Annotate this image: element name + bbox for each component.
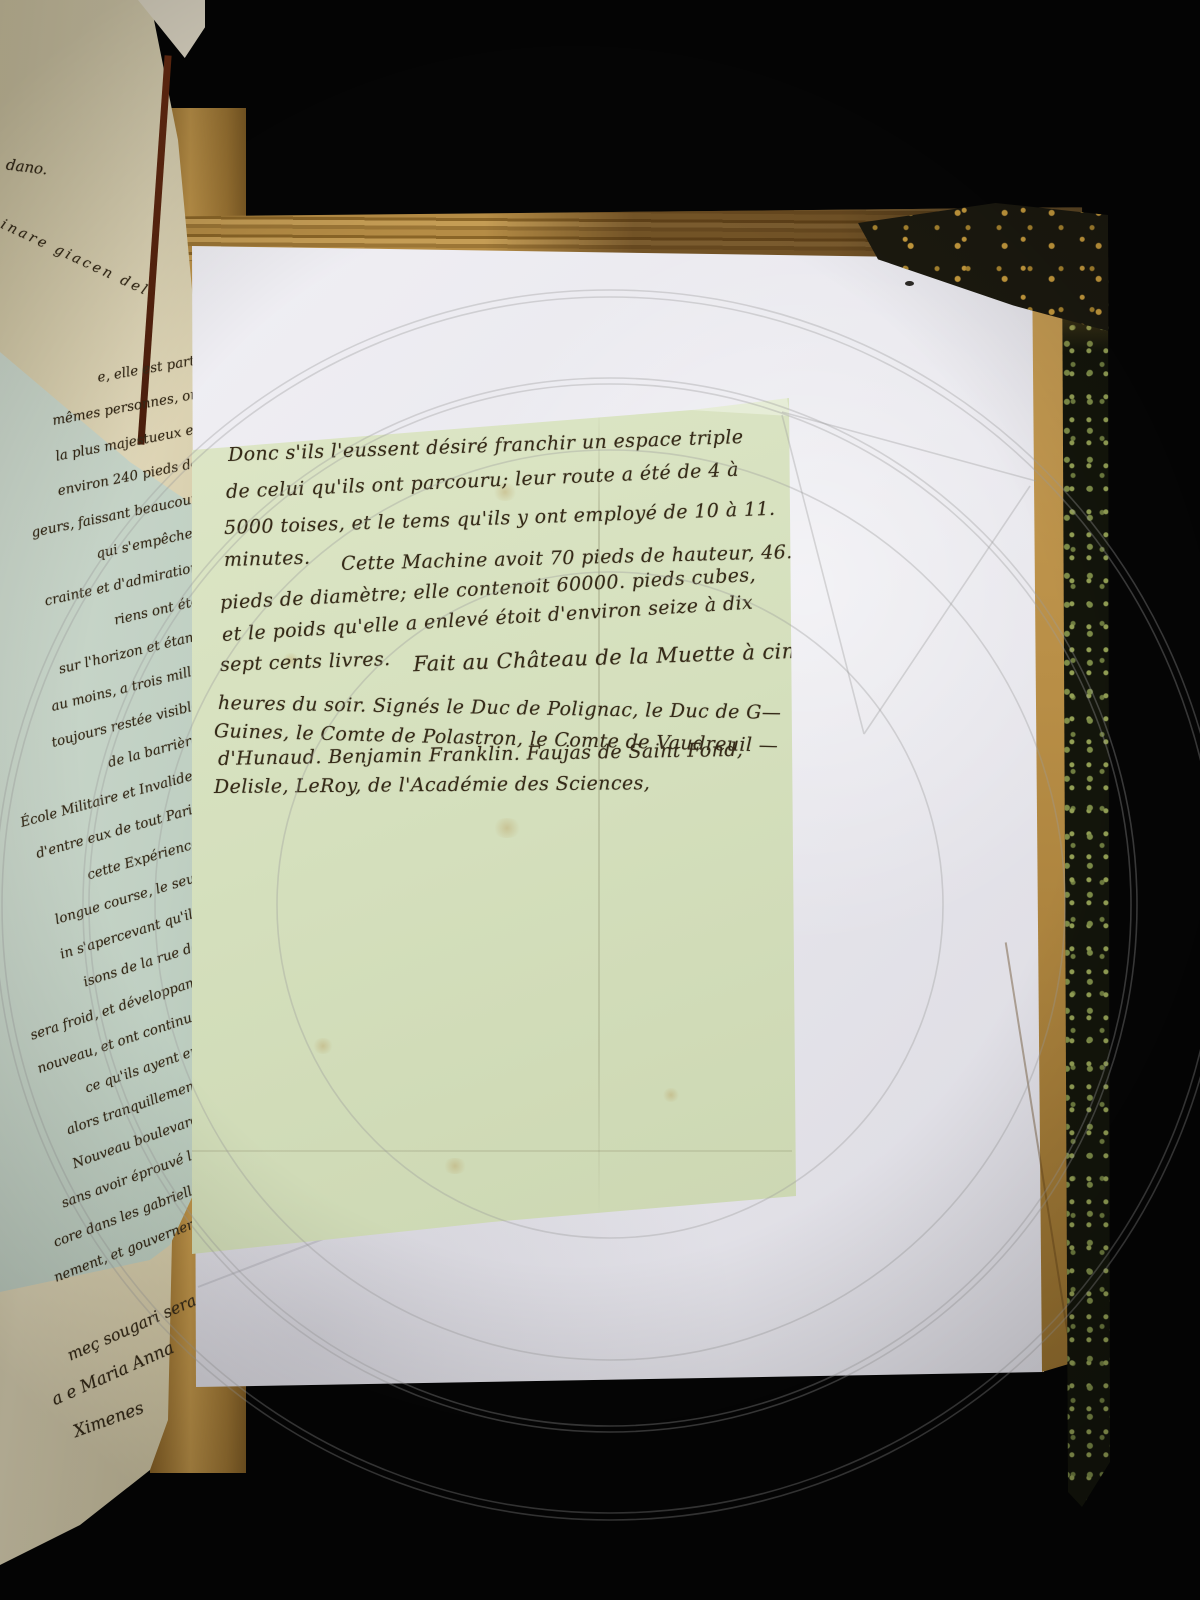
book-photograph: dano. inare giacen del e, elle est parti… (0, 0, 1200, 1600)
foxing-spot (312, 1038, 334, 1054)
manuscript-line: minutes. (224, 547, 311, 571)
foxing-spot (492, 818, 522, 838)
foxing-spot (662, 1088, 680, 1102)
fold-crease (192, 1150, 792, 1152)
green-manuscript-sheet: Donc s'ils l'eussent désiré franchir un … (192, 398, 797, 1256)
left-page: dano. inare giacen del e, elle est parti… (0, 0, 205, 1600)
foxing-spot (442, 1158, 468, 1174)
marbled-cover-edge (1060, 222, 1110, 1514)
manuscript-line: de celui qu'ils ont parcouru; leur route… (226, 459, 740, 503)
manuscript-line: Fait au Château de la Muette à cinq (413, 638, 810, 676)
manuscript-line: sept cents livres. (220, 648, 391, 676)
paper-fleck (905, 281, 914, 286)
manuscript-line: heures du soir. Signés le Duc de Poligna… (218, 692, 782, 724)
manuscript-line: Delisle, LeRoy, de l'Académie des Scienc… (214, 772, 650, 798)
fold-crease (598, 406, 600, 1218)
manuscript-line: 5000 toises, et le tems qu'ils y ont emp… (224, 498, 776, 539)
